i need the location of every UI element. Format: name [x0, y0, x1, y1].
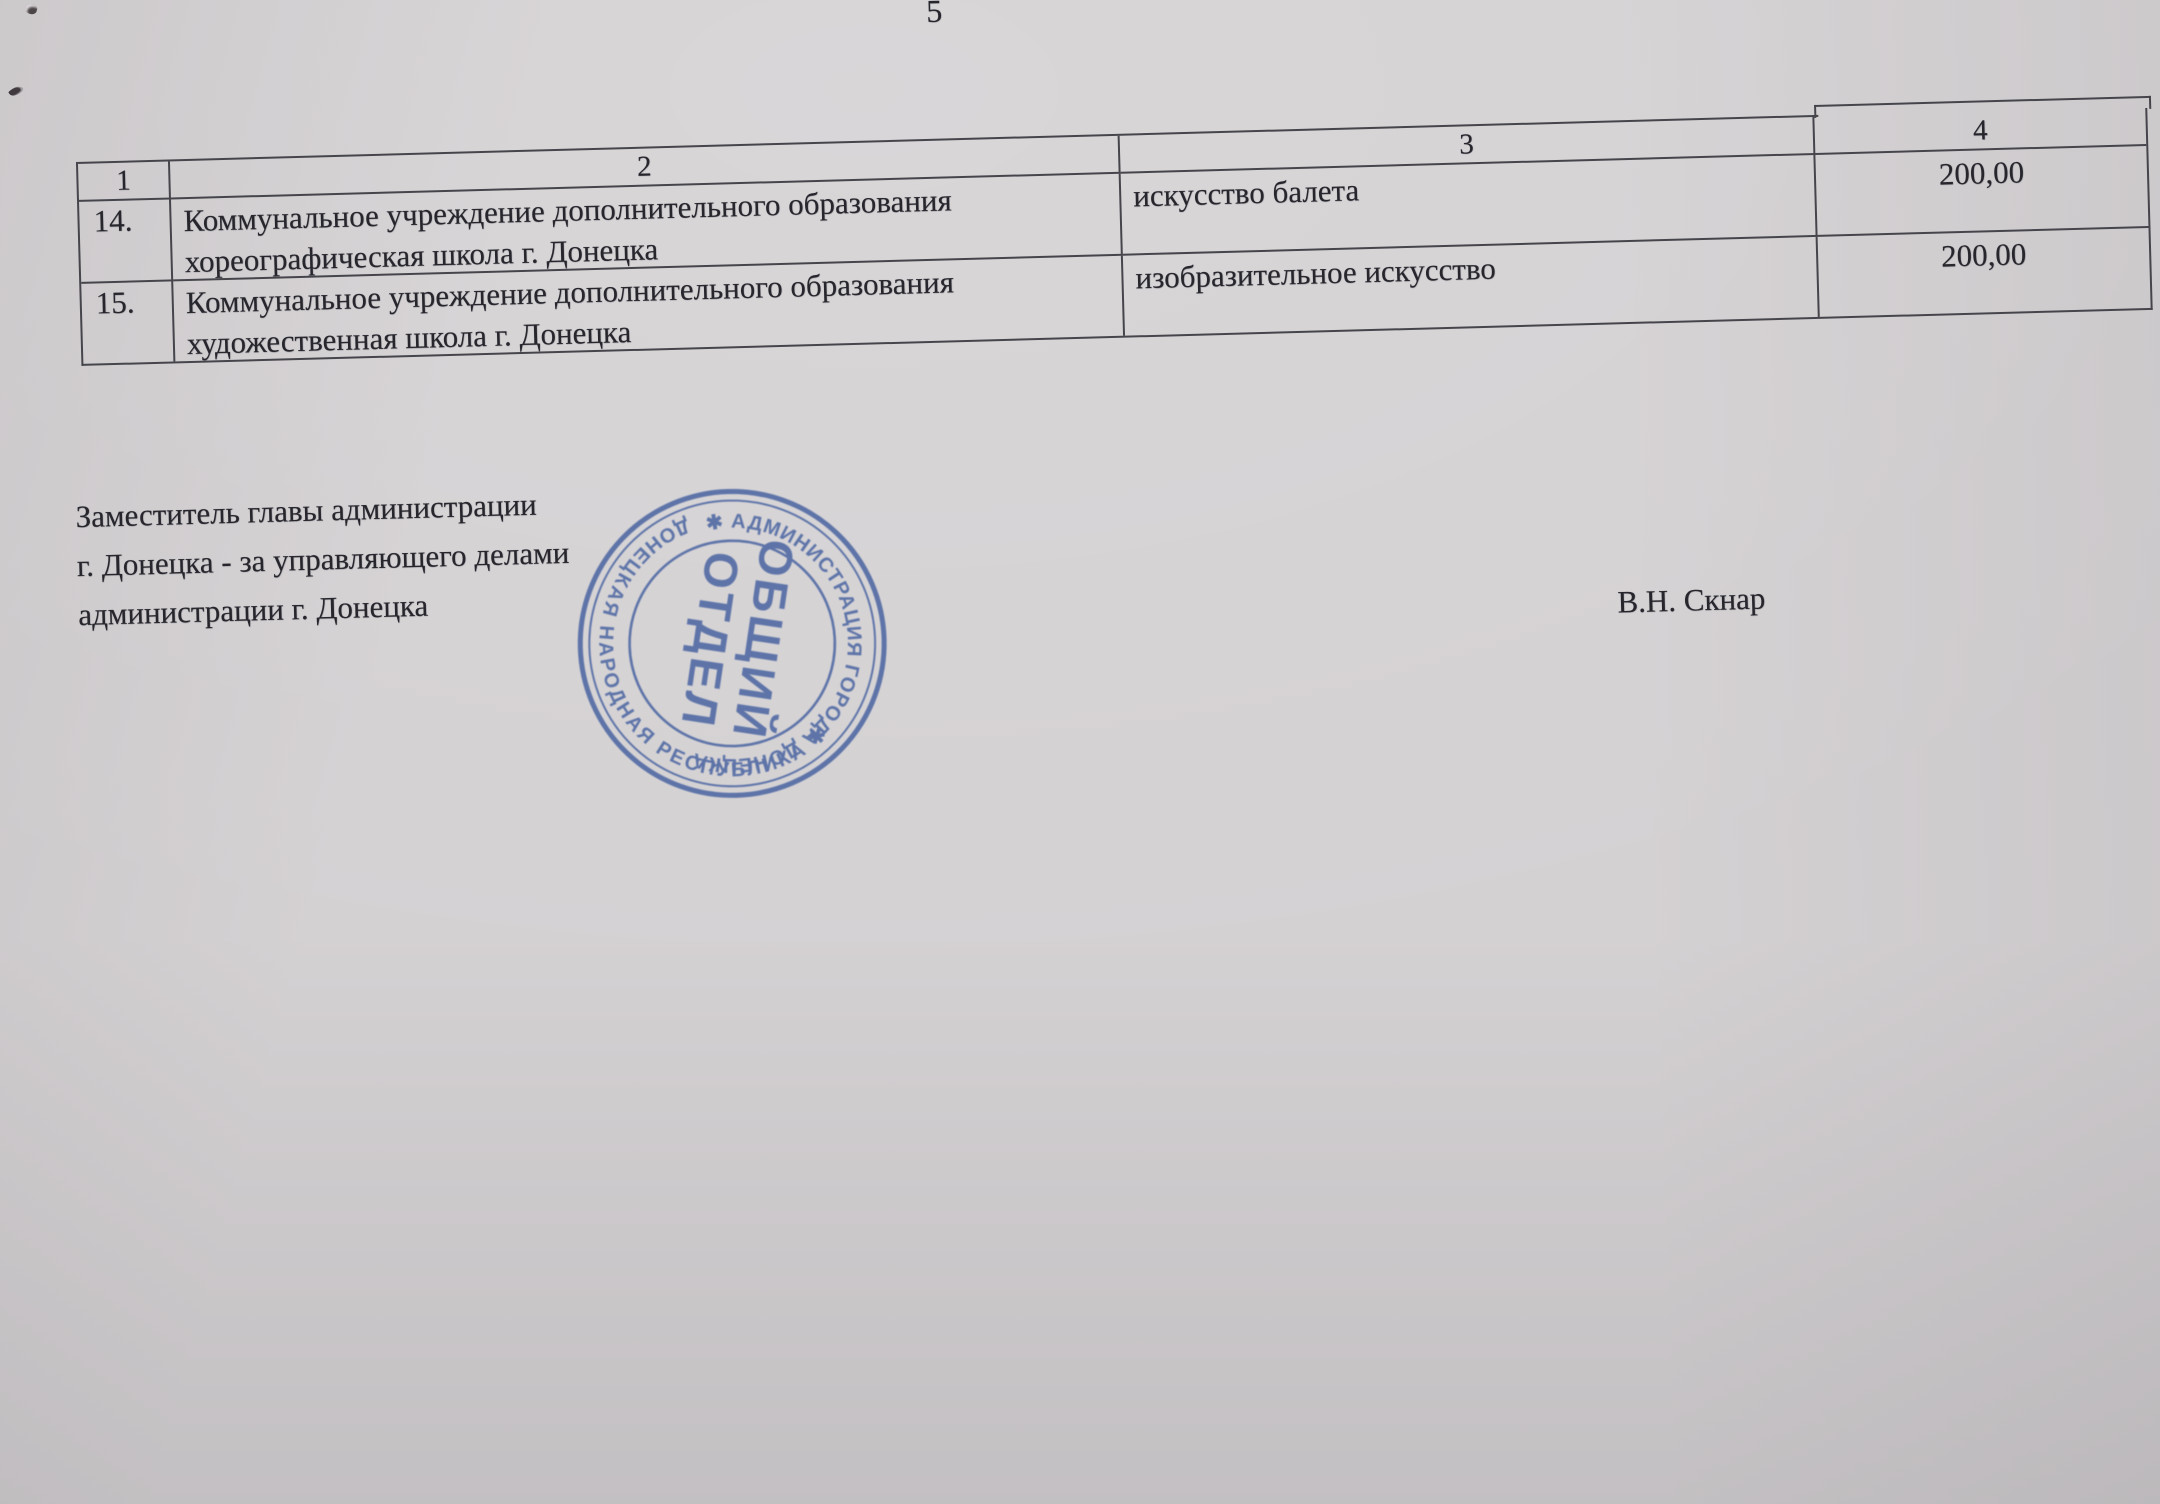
- row-number-cell: 15.: [81, 281, 175, 363]
- row-number-cell: 14.: [79, 199, 173, 283]
- official-round-stamp: ✱ АДМИНИСТРАЦИЯ ГОРОДА ДОНЕЦКА ДОНЕЦКАЯ …: [567, 478, 898, 809]
- page-number: 5: [912, 0, 957, 30]
- amount-cell: 200,00: [1815, 146, 2148, 237]
- fees-table: 1 2 3 4 14. Коммунальное учреждение допо…: [76, 108, 2153, 366]
- stamp-center-text: ОБЩИЙ ОТДЕЛ: [667, 528, 805, 760]
- signatory-name: В.Н. Скнар: [1617, 580, 1766, 620]
- amount-cell: 200,00: [1818, 228, 2151, 317]
- document-content: 5 1 2 3 4 14. Коммунальное учреждение до…: [0, 0, 2160, 1504]
- header-col-1: 1: [78, 161, 171, 201]
- signature-position-block: Заместитель главы администрации г. Донец…: [75, 479, 571, 639]
- photographed-document-page: 5 1 2 3 4 14. Коммунальное учреждение до…: [0, 0, 2160, 1504]
